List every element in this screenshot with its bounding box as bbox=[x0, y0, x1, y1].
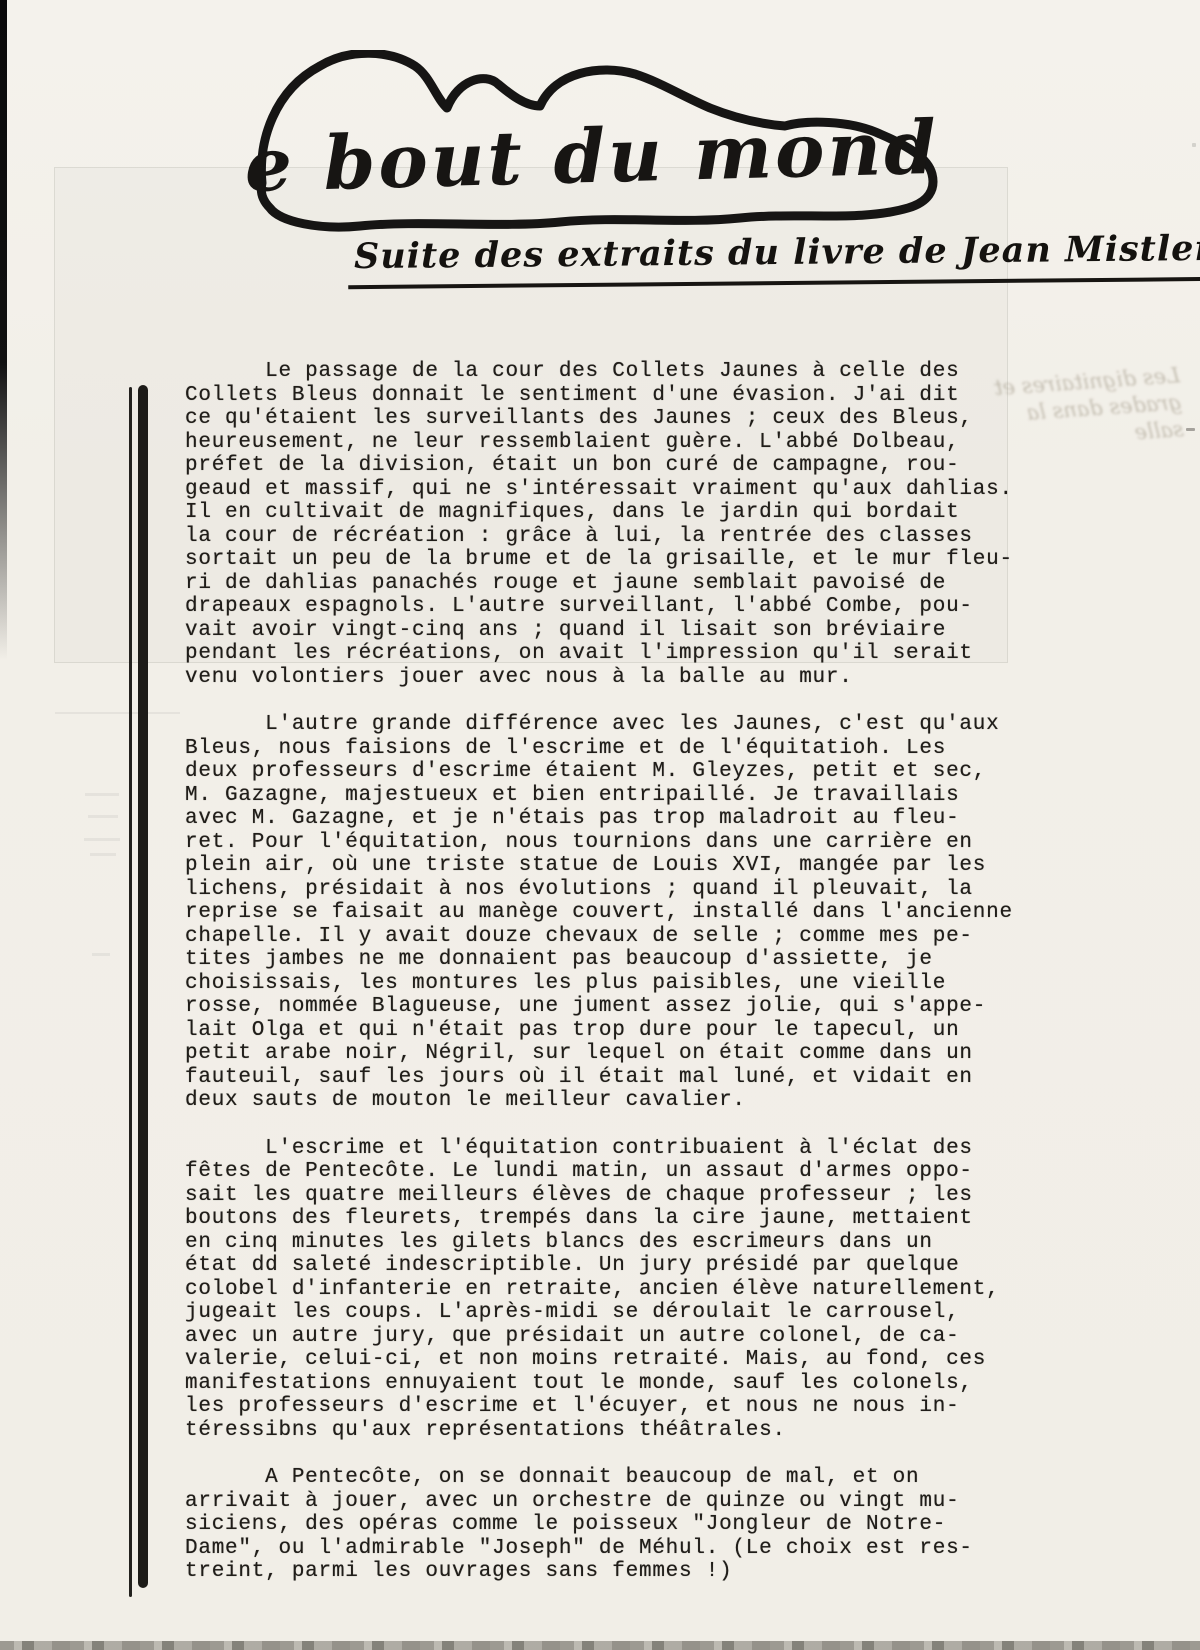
text-line: rosse, nommée Blagueuse, une jument asse… bbox=[185, 995, 1045, 1019]
faint-bleed-line bbox=[84, 838, 120, 841]
text-line: en cinq minutes les gilets blancs des es… bbox=[185, 1231, 1045, 1255]
scanner-edge-strip bbox=[0, 0, 7, 660]
text-line: téressibns qu'aux représentations théâtr… bbox=[185, 1419, 1045, 1443]
text-line: fêtes de Pentecôte. Le lundi matin, un a… bbox=[185, 1160, 1045, 1184]
text-line: arrivait à jouer, avec un orchestre de q… bbox=[185, 1490, 1045, 1514]
paragraph-3: L'escrime et l'équitation contribuaient … bbox=[185, 1137, 1045, 1443]
text-line: choisissais, les montures les plus paisi… bbox=[185, 972, 1045, 996]
text-line: ce qu'étaient les surveillants des Jaune… bbox=[185, 407, 1045, 431]
left-rule-thin bbox=[129, 387, 132, 1597]
text-line: fauteuil, sauf les jours où il était mal… bbox=[185, 1066, 1045, 1090]
text-line: préfet de la division, était un bon curé… bbox=[185, 454, 1045, 478]
text-line: sait les quatre meilleurs élèves de chaq… bbox=[185, 1184, 1045, 1208]
text-line: chapelle. Il y avait douze chevaux de se… bbox=[185, 925, 1045, 949]
text-line: Bleus, nous faisions de l'escrime et de … bbox=[185, 737, 1045, 761]
text-line: manifestations ennuyaient tout le monde,… bbox=[185, 1372, 1045, 1396]
paragraph-1: Le passage de la cour des Collets Jaunes… bbox=[185, 360, 1045, 689]
text-line: tites jambes ne me donnaient pas beaucou… bbox=[185, 948, 1045, 972]
text-line: L'escrime et l'équitation contribuaient … bbox=[185, 1137, 1045, 1161]
newsletter-subtitle: Suite des extraits du livre de Jean Mist… bbox=[348, 228, 1200, 289]
text-line: boutons des fleurets, trempés dans la ci… bbox=[185, 1207, 1045, 1231]
text-line: avec un autre jury, que présidait un aut… bbox=[185, 1325, 1045, 1349]
text-line: reprise se faisait au manège couvert, in… bbox=[185, 901, 1045, 925]
newsletter-title: Le bout du monde bbox=[240, 104, 940, 211]
article-body: Le passage de la cour des Collets Jaunes… bbox=[185, 360, 1045, 1584]
text-line: jugeait les coups. L'après-midi se dérou… bbox=[185, 1301, 1045, 1325]
text-line: M. Gazagne, majestueux et bien entripail… bbox=[185, 784, 1045, 808]
text-line: plein air, où une triste statue de Louis… bbox=[185, 854, 1045, 878]
text-line: ret. Pour l'équitation, nous tournions d… bbox=[185, 831, 1045, 855]
scan-speck bbox=[1192, 143, 1196, 147]
faint-bleed-line bbox=[85, 793, 119, 796]
paragraph-4: A Pentecôte, on se donnait beaucoup de m… bbox=[185, 1466, 1045, 1584]
text-line: A Pentecôte, on se donnait beaucoup de m… bbox=[185, 1466, 1045, 1490]
scanner-bottom-band bbox=[0, 1641, 1200, 1650]
text-line: heureusement, ne leur ressemblaient guèr… bbox=[185, 431, 1045, 455]
text-line: état dd saleté indescriptible. Un jury p… bbox=[185, 1254, 1045, 1278]
text-line: ri de dahlias panachés rouge et jaune se… bbox=[185, 572, 1045, 596]
text-line: lichens, présidait à nos évolutions ; qu… bbox=[185, 878, 1045, 902]
text-line: deux professeurs d'escrime étaient M. Gl… bbox=[185, 760, 1045, 784]
text-line: deux sauts de mouton le meilleur cavalie… bbox=[185, 1089, 1045, 1113]
masthead-blob: Le bout du monde bbox=[240, 50, 940, 255]
text-line: treint, parmi les ouvrages sans femmes !… bbox=[185, 1560, 1045, 1584]
faint-bleed-line bbox=[90, 853, 116, 856]
text-line: les professeurs d'escrime et l'écuyer, e… bbox=[185, 1395, 1045, 1419]
text-line: Le passage de la cour des Collets Jaunes… bbox=[185, 360, 1045, 384]
text-line: valerie, celui-ci, et non moins retraité… bbox=[185, 1348, 1045, 1372]
text-line: L'autre grande différence avec les Jaune… bbox=[185, 713, 1045, 737]
text-line: vait avoir vingt-cinq ans ; quand il lis… bbox=[185, 619, 1045, 643]
text-line: Collets Bleus donnait le sentiment d'une… bbox=[185, 384, 1045, 408]
faint-bleed-line bbox=[92, 953, 110, 956]
bleed-through-handwriting: Les dignitaires etgrades dans lasalle bbox=[1009, 362, 1184, 455]
text-line: siciens, des opéras comme le poisseux "J… bbox=[185, 1513, 1045, 1537]
scan-speck bbox=[1186, 428, 1195, 431]
cloud-outline-drawing: Le bout du monde bbox=[240, 50, 940, 255]
text-line: geaud et massif, qui ne s'intéressait vr… bbox=[185, 478, 1045, 502]
text-line: petit arabe noir, Négril, sur lequel on … bbox=[185, 1042, 1045, 1066]
left-rule-thick bbox=[138, 385, 148, 1588]
text-line: sortait un peu de la brume et de la gris… bbox=[185, 548, 1045, 572]
text-line: Dame", ou l'admirable "Joseph" de Méhul.… bbox=[185, 1537, 1045, 1561]
text-line: Il en cultivait de magnifiques, dans le … bbox=[185, 501, 1045, 525]
faint-bleed-line bbox=[55, 712, 180, 714]
text-line: colobel d'infanterie en retraite, ancien… bbox=[185, 1278, 1045, 1302]
faint-bleed-line bbox=[88, 815, 118, 818]
scanned-newsletter-page: Le bout du monde Suite des extraits du l… bbox=[0, 0, 1200, 1650]
paragraph-2: L'autre grande différence avec les Jaune… bbox=[185, 713, 1045, 1113]
text-line: drapeaux espagnols. L'autre surveillant,… bbox=[185, 595, 1045, 619]
text-line: pendant les récréations, on avait l'impr… bbox=[185, 642, 1045, 666]
text-line: avec M. Gazagne, et je n'étais pas trop … bbox=[185, 807, 1045, 831]
text-line: la cour de récréation : grâce à lui, la … bbox=[185, 525, 1045, 549]
text-line: lait Olga et qui n'était pas trop dure p… bbox=[185, 1019, 1045, 1043]
text-line: venu volontiers jouer avec nous à la bal… bbox=[185, 666, 1045, 690]
